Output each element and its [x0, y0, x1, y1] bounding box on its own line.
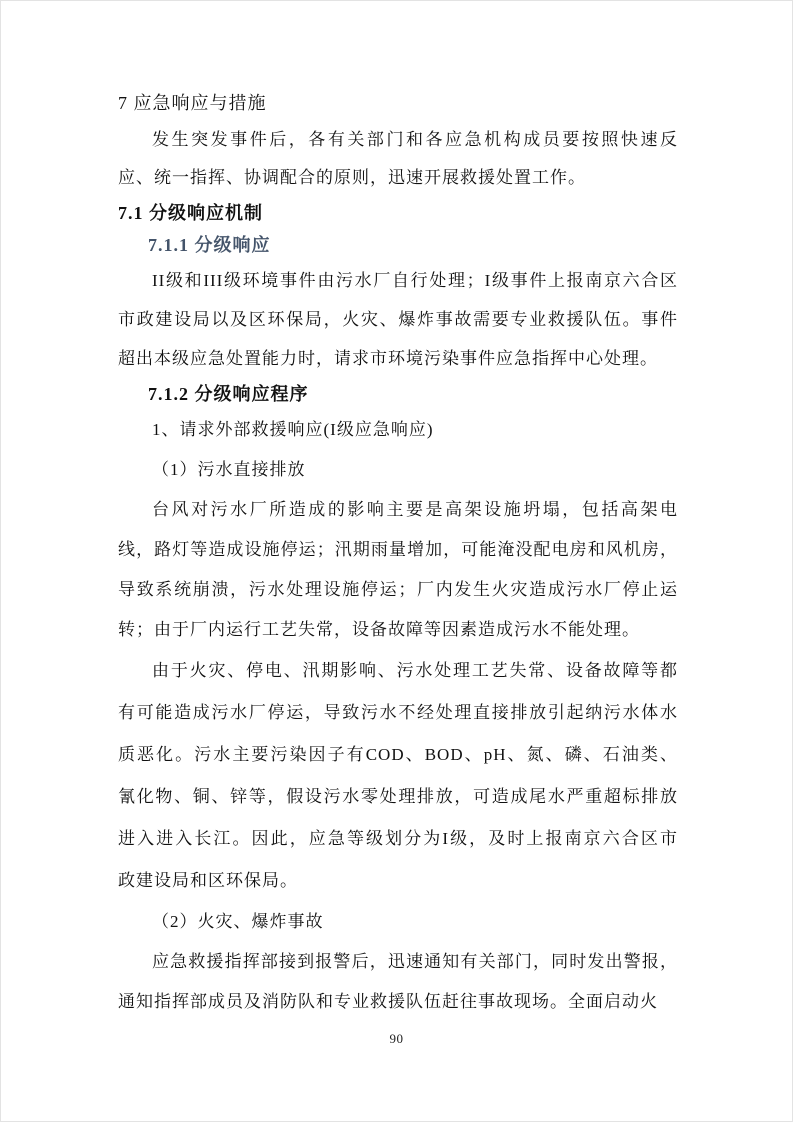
text-line: 由于火灾、停电、汛期影响、污水处理工艺失常、设备故障等都: [118, 650, 678, 692]
list-item-1: 1、请求外部救援响应(I级应急响应): [118, 410, 678, 450]
text-line: 进入进入长江。因此，应急等级划分为I级，及时上报南京六合区市: [118, 818, 678, 860]
text-line: 发生突发事件后，各有关部门和各应急机构成员要按照快速反: [118, 121, 678, 159]
text-line: 质恶化。污水主要污染因子有COD、BOD、pH、氮、磷、石油类、: [118, 734, 678, 776]
intro-paragraph: 发生突发事件后，各有关部门和各应急机构成员要按照快速反 应、统一指挥、协调配合的…: [118, 121, 678, 197]
text-line: 应、统一指挥、协调配合的原则，迅速开展救援处置工作。: [118, 159, 678, 197]
text-line: 有可能造成污水厂停运，导致污水不经处理直接排放引起纳污水体水: [118, 692, 678, 734]
section-7-1-2-heading: 7.1.2 分级响应程序: [148, 378, 678, 410]
section-7-1-heading: 7.1 分级响应机制: [118, 197, 678, 229]
pollution-impact-paragraph: 由于火灾、停电、汛期影响、污水处理工艺失常、设备故障等都 有可能造成污水厂停运，…: [118, 650, 678, 902]
text-line: 政建设局和区环保局。: [118, 860, 678, 902]
list-item-1-1: （1）污水直接排放: [118, 450, 678, 490]
text-line: 应急救援指挥部接到报警后，迅速通知有关部门，同时发出警报，: [118, 942, 678, 982]
text-line: 台风对污水厂所造成的影响主要是高架设施坍塌，包括高架电: [118, 490, 678, 530]
list-item-1-2: （2）火灾、爆炸事故: [118, 902, 678, 942]
page-number: 90: [1, 1031, 792, 1047]
page-content: 7 应急响应与措施 发生突发事件后，各有关部门和各应急机构成员要按照快速反 应、…: [118, 85, 678, 1022]
fire-response-paragraph: 应急救援指挥部接到报警后，迅速通知有关部门，同时发出警报， 通知指挥部成员及消防…: [118, 942, 678, 1022]
chapter-7-heading: 7 应急响应与措施: [118, 85, 678, 121]
text-line: 导致系统崩溃，污水处理设施停运；厂内发生火灾造成污水厂停止运: [118, 570, 678, 610]
text-line: 市政建设局以及区环保局，火灾、爆炸事故需要专业救援队伍。事件: [118, 300, 678, 339]
typhoon-impact-paragraph: 台风对污水厂所造成的影响主要是高架设施坍塌，包括高架电 线，路灯等造成设施停运；…: [118, 490, 678, 650]
document-page: 7 应急响应与措施 发生突发事件后，各有关部门和各应急机构成员要按照快速反 应、…: [0, 0, 793, 1122]
text-line: 通知指挥部成员及消防队和专业救援队伍赶往事故现场。全面启动火: [118, 982, 678, 1022]
text-line: 氰化物、铜、锌等，假设污水零处理排放，可造成尾水严重超标排放: [118, 776, 678, 818]
text-line: 转；由于厂内运行工艺失常，设备故障等因素造成污水不能处理。: [118, 610, 678, 650]
text-line: 超出本级应急处置能力时，请求市环境污染事件应急指挥中心处理。: [118, 339, 678, 378]
section-7-1-1-heading: 7.1.1 分级响应: [148, 229, 678, 261]
text-line: 线，路灯等造成设施停运；汛期雨量增加，可能淹没配电房和风机房，: [118, 530, 678, 570]
text-line: II级和III级环境事件由污水厂自行处理；I级事件上报南京六合区: [118, 261, 678, 300]
grading-response-paragraph: II级和III级环境事件由污水厂自行处理；I级事件上报南京六合区 市政建设局以及…: [118, 261, 678, 378]
